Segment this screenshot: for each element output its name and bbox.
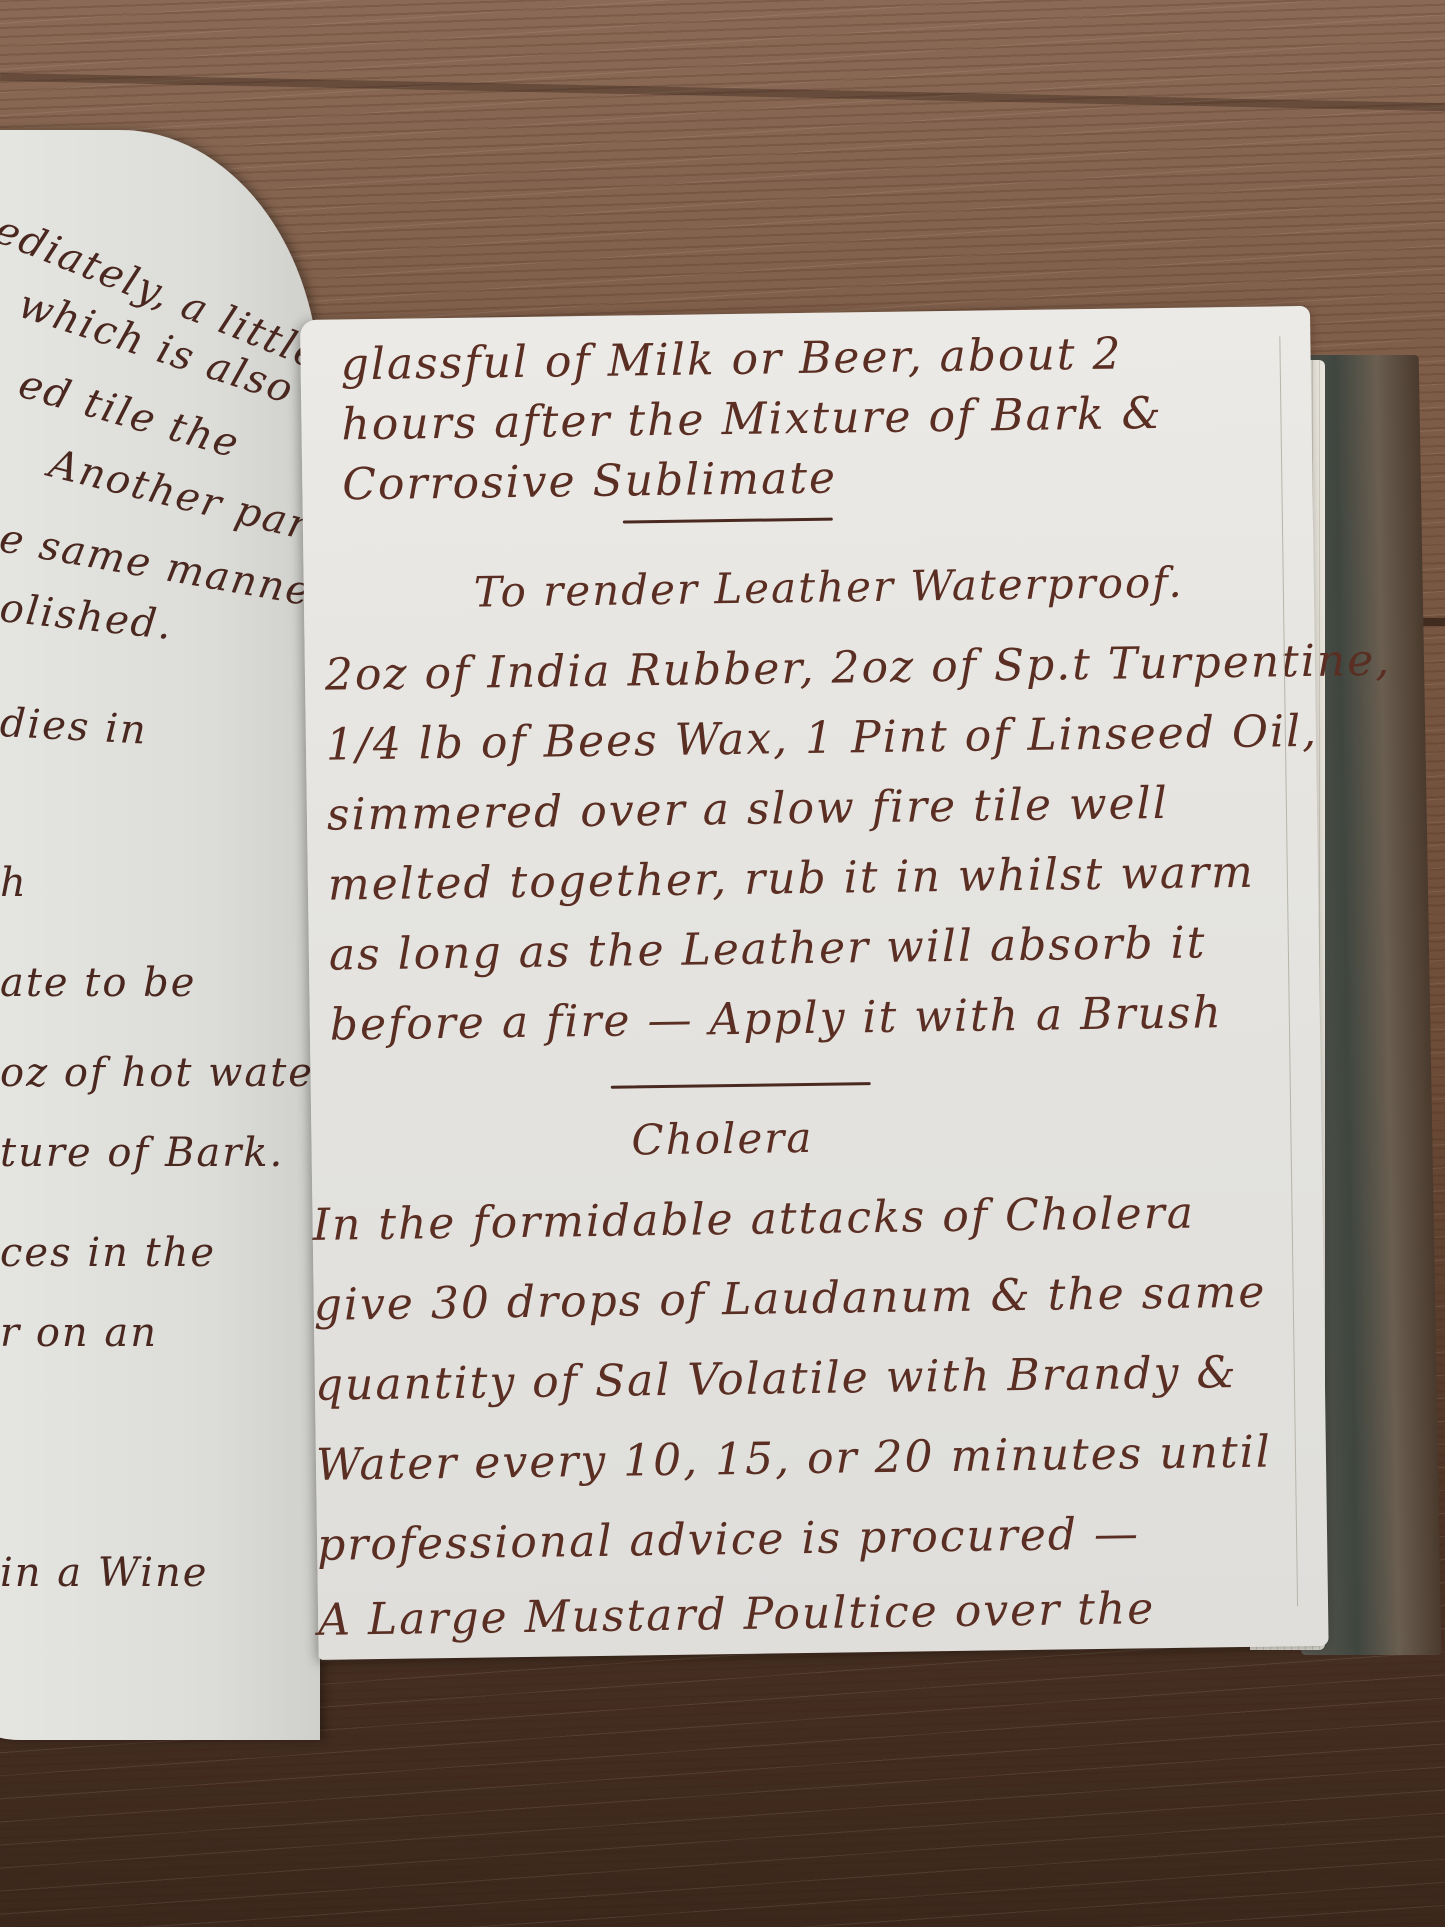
- intro-line: glassful of Milk or Beer, about 2: [340, 329, 1123, 391]
- left-line: ate to be: [0, 960, 196, 1006]
- section-title-cholera: Cholera: [631, 1113, 814, 1165]
- section-divider: [623, 518, 833, 524]
- cholera-line: give 30 drops of Laudanum & the same: [313, 1267, 1266, 1331]
- left-line: dies in: [0, 700, 149, 754]
- left-line: oz of hot water: [0, 1050, 320, 1096]
- right-page: glassful of Milk or Beer, about 2 hours …: [300, 306, 1329, 1660]
- left-line: ces in the: [0, 1230, 216, 1276]
- leather-line: 2oz of India Rubber, 2oz of Sp.t Turpent…: [325, 635, 1392, 701]
- leather-line: melted together, rub it in whilst warm: [328, 847, 1256, 911]
- intro-line: Corrosive Sublimate: [342, 453, 837, 511]
- left-line: ture of Bark.: [0, 1130, 284, 1176]
- left-line: olished.: [0, 585, 175, 649]
- cholera-line: In the formidable attacks of Cholera: [312, 1188, 1195, 1251]
- section-title-leather: To render Leather Waterproof.: [473, 558, 1183, 617]
- intro-line: hours after the Mixture of Bark &: [341, 388, 1163, 450]
- cholera-line: quantity of Sal Volatile with Brandy &: [315, 1347, 1238, 1411]
- left-line: h: [0, 860, 28, 906]
- left-line: in a Wine: [0, 1550, 208, 1596]
- leather-line: simmered over a slow fire tile well: [327, 778, 1170, 841]
- leather-line: as long as the Leather will absorb it: [329, 917, 1207, 980]
- left-page: mediately, a little which is also ed til…: [0, 130, 320, 1740]
- cholera-line: A Large Mustard Poultice over the: [318, 1583, 1156, 1646]
- leather-line: before a fire — Apply it with a Brush: [329, 987, 1223, 1050]
- floor-plank-gap: [0, 73, 1445, 111]
- left-line: r on an: [0, 1310, 158, 1356]
- cholera-line: Water every 10, 15, or 20 minutes until: [316, 1427, 1272, 1491]
- section-divider: [611, 1082, 871, 1089]
- cholera-line: professional advice is procured —: [317, 1508, 1141, 1570]
- leather-line: 1/4 lb of Bees Wax, 1 Pint of Linseed Oi…: [326, 706, 1319, 771]
